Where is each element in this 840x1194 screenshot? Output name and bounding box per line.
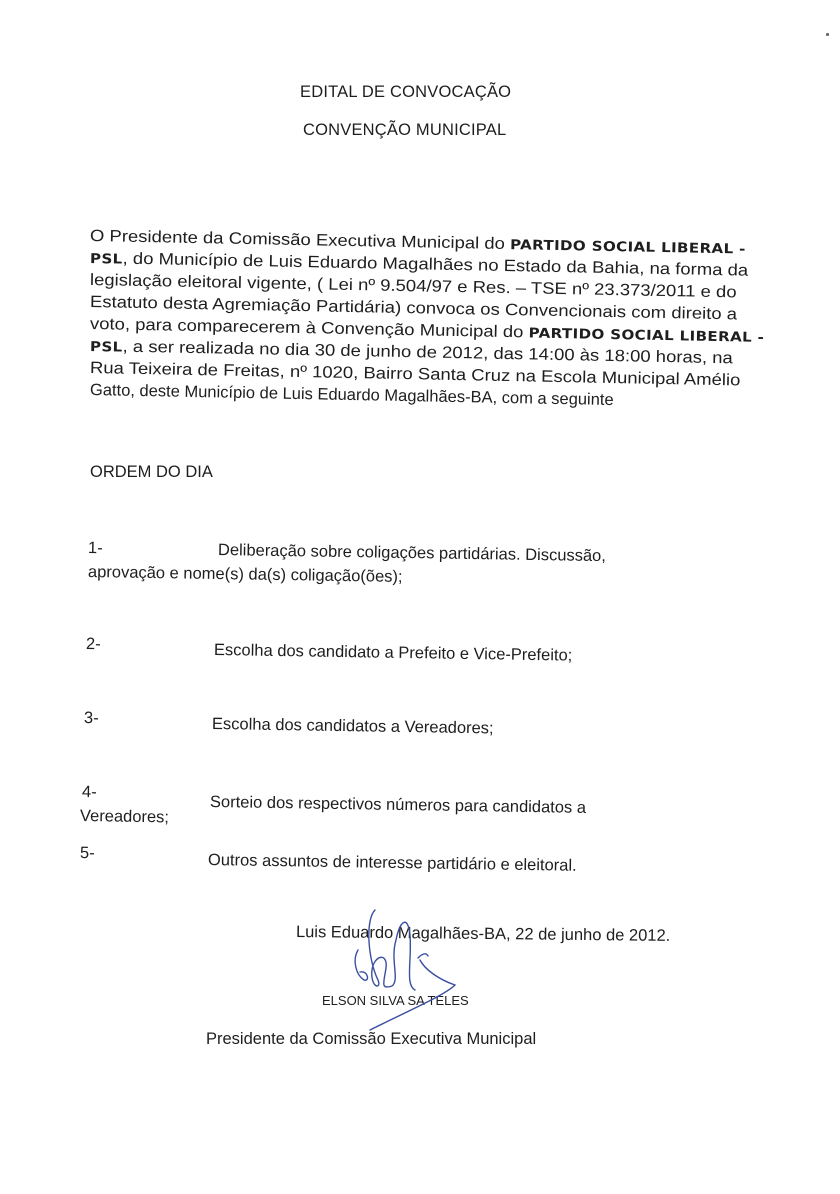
- signer-name: ELSON SILVA SA TELES: [322, 991, 469, 1011]
- party-name-bold: PARTIDO SOCIAL LIBERAL -: [510, 237, 746, 258]
- agenda-item-text: Deliberação sobre coligações partidárias…: [218, 540, 606, 566]
- scan-speck: [826, 33, 829, 36]
- agenda-item-number: 2-: [86, 634, 101, 654]
- place-date: Luis Eduardo Magalhães-BA, 22 de junho d…: [296, 922, 670, 946]
- agenda-item-number: 5-: [80, 843, 95, 863]
- party-name-bold: PSL: [90, 339, 123, 356]
- document-page: EDITAL DE CONVOCAÇÃO CONVENÇÃO MUNICIPAL…: [0, 0, 840, 1194]
- agenda-heading: ORDEM DO DIA: [90, 462, 213, 482]
- agenda-item-number: 3-: [84, 708, 99, 728]
- agenda-item-text: Escolha dos candidato a Prefeito e Vice-…: [214, 640, 573, 666]
- agenda-item-text: Sorteio dos respectivos números para can…: [210, 792, 586, 818]
- agenda-item-number: 4-: [82, 782, 97, 802]
- document-title: EDITAL DE CONVOCAÇÃO: [300, 82, 511, 102]
- agenda-item-continuation: aprovação e nome(s) da(s) coligação(ões)…: [88, 562, 403, 587]
- document-subtitle: CONVENÇÃO MUNICIPAL: [303, 120, 506, 140]
- party-name-bold: PSL: [90, 251, 123, 268]
- agenda-item-text: Outros assuntos de interesse partidário …: [208, 850, 577, 876]
- agenda-item-continuation: Vereadores;: [80, 806, 169, 827]
- party-name-bold: PARTIDO SOCIAL LIBERAL -: [528, 325, 764, 346]
- agenda-item-text: Escolha dos candidatos a Vereadores;: [212, 714, 494, 738]
- agenda-item-number: 1-: [88, 538, 103, 558]
- signer-role: Presidente da Comissão Executiva Municip…: [206, 1029, 536, 1049]
- signature-scribble: [330, 900, 500, 1040]
